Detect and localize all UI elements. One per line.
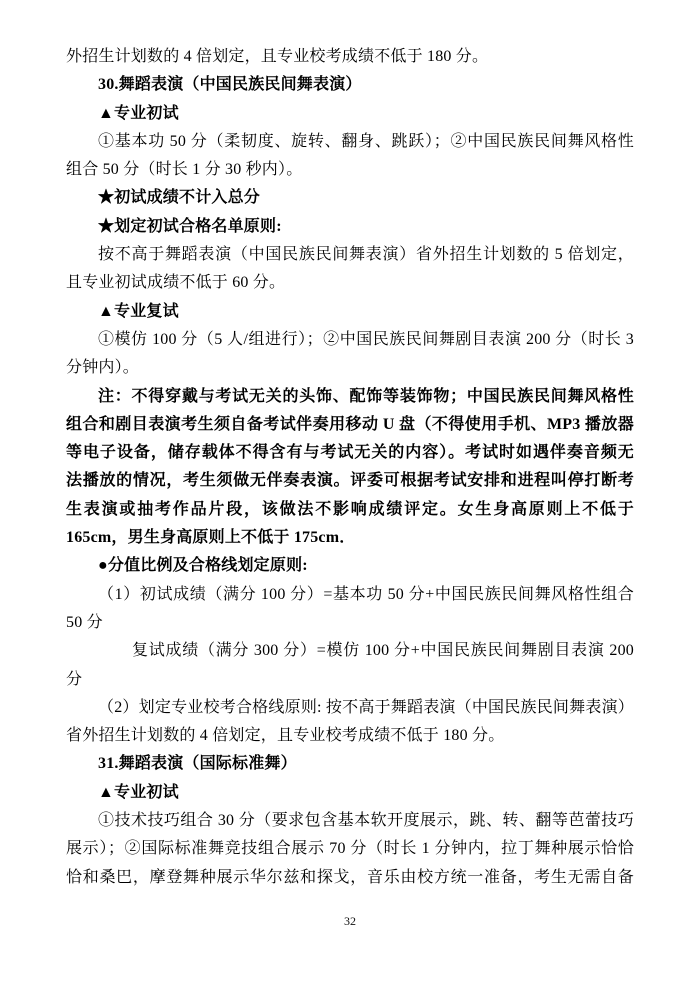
text-line: 展示）；②国际标准舞竞技组合展示 70 分（时长 1 分钟内，拉丁舞种展示恰恰 <box>66 835 634 863</box>
text-line: ▲专业初试 <box>66 779 634 807</box>
text-line: ①基本功 50 分（柔韧度、旋转、翻身、跳跃）；②中国民族民间舞风格性 <box>66 128 634 156</box>
text-line: 组合 50 分（时长 1 分 30 秒内）。 <box>66 156 634 184</box>
text-line: ●分值比例及合格线划定原则: <box>66 552 634 580</box>
text-line: 分钟内）。 <box>66 354 634 382</box>
text-line: ▲专业复试 <box>66 298 634 326</box>
text-line: ①模仿 100 分（5 人/组进行）；②中国民族民间舞剧目表演 200 分（时长… <box>66 326 634 354</box>
text-line: 省外招生计划数的 4 倍划定，且专业校考成绩不低于 180 分。 <box>66 722 634 750</box>
text-line: ★划定初试合格名单原则: <box>66 213 634 241</box>
text-line: 外招生计划数的 4 倍划定，且专业校考成绩不低于 180 分。 <box>66 43 634 71</box>
text-line: 165cm，男生身高原则上不低于 175cm． <box>66 524 634 552</box>
text-line: 注：不得穿戴与考试无关的头饰、配饰等装饰物；中国民族民间舞风格性 <box>66 383 634 411</box>
text-line: （2）划定专业校考合格线原则: 按不高于舞蹈表演（中国民族民间舞表演） <box>66 694 634 722</box>
text-line: 法播放的情况，考生须做无伴奏表演。评委可根据考试安排和进程叫停打断考 <box>66 467 634 495</box>
text-line: 生表演或抽考作品片段，该做法不影响成绩评定。女生身高原则上不低于 <box>66 496 634 524</box>
page-number: 32 <box>0 914 700 929</box>
text-line: 等电子设备，储存载体不得含有与考试无关的内容）。考试时如遇伴奏音频无 <box>66 439 634 467</box>
text-line: 恰和桑巴，摩登舞种展示华尔兹和探戈，音乐由校方统一准备，考生无需自备 <box>66 864 634 892</box>
text-line: ▲专业初试 <box>66 100 634 128</box>
text-line: 30.舞蹈表演（中国民族民间舞表演） <box>66 71 634 99</box>
document-page: 外招生计划数的 4 倍划定，且专业校考成绩不低于 180 分。30.舞蹈表演（中… <box>0 0 700 990</box>
text-line: 按不高于舞蹈表演（中国民族民间舞表演）省外招生计划数的 5 倍划定， <box>66 241 634 269</box>
text-line: 31.舞蹈表演（国际标准舞） <box>66 750 634 778</box>
text-column: 外招生计划数的 4 倍划定，且专业校考成绩不低于 180 分。30.舞蹈表演（中… <box>66 43 634 892</box>
text-line: 分 <box>66 666 634 694</box>
text-line: ★初试成绩不计入总分 <box>66 184 634 212</box>
text-line: （1）初试成绩（满分 100 分）=基本功 50 分+中国民族民间舞风格性组合 <box>66 581 634 609</box>
text-line: 组合和剧目表演考生须自备考试伴奏用移动 U 盘（不得使用手机、MP3 播放器 <box>66 411 634 439</box>
text-line: 且专业初试成绩不低于 60 分。 <box>66 269 634 297</box>
text-line: 50 分 <box>66 609 634 637</box>
text-line: ①技术技巧组合 30 分（要求包含基本软开度展示，跳、转、翻等芭蕾技巧 <box>66 807 634 835</box>
text-line: 复试成绩（满分 300 分）=模仿 100 分+中国民族民间舞剧目表演 200 <box>66 637 634 665</box>
